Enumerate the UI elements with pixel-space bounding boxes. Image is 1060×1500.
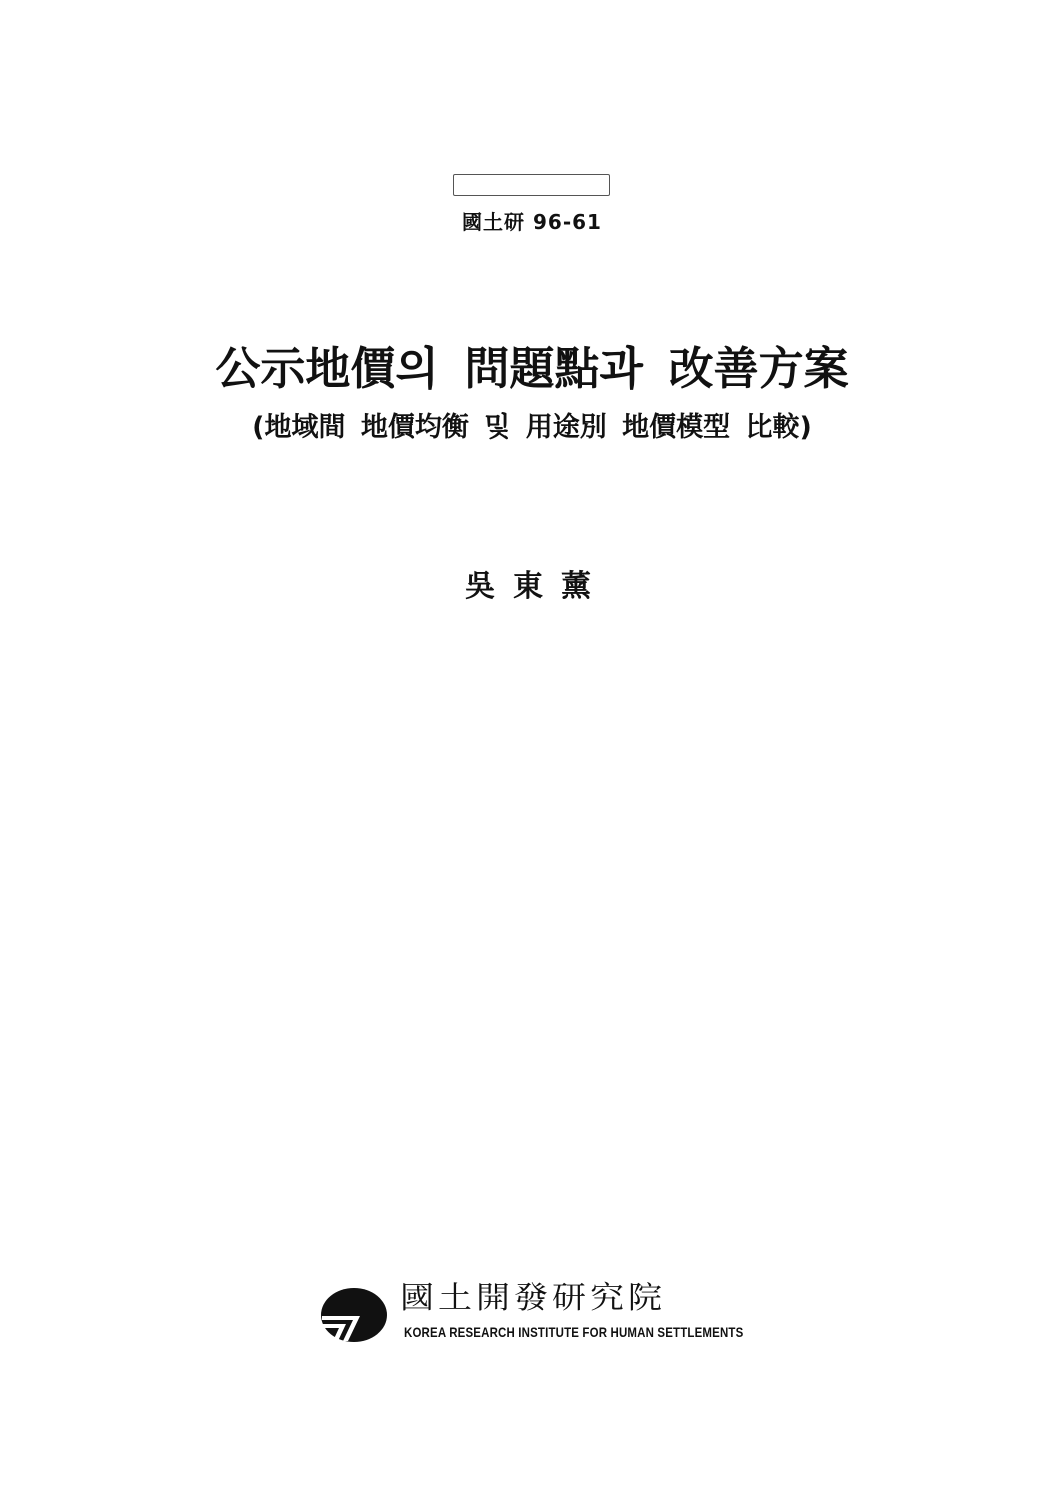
publisher-name: 國土開發研究院: [400, 1280, 666, 1316]
document-title: 公示地價의 問題點과 改善方案: [0, 342, 1060, 396]
report-number: 國土研 96-61: [0, 206, 1060, 235]
blank-label-box: [453, 174, 610, 196]
cover-page: 國土研 96-61 公示地價의 問題點과 改善方案 (地域間 地價均衡 및 用途…: [0, 0, 1060, 1500]
krihs-logo-icon: [318, 1286, 388, 1344]
publisher-english-name: KOREA RESEARCH INSTITUTE FOR HUMAN SETTL…: [404, 1324, 743, 1340]
author-name: 吳東薰: [0, 567, 1060, 607]
publisher-block: 國土開發研究院 KOREA RESEARCH INSTITUTE FOR HUM…: [316, 1278, 756, 1348]
document-subtitle: (地域間 地價均衡 및 用途別 地價模型 比較): [0, 410, 1060, 446]
